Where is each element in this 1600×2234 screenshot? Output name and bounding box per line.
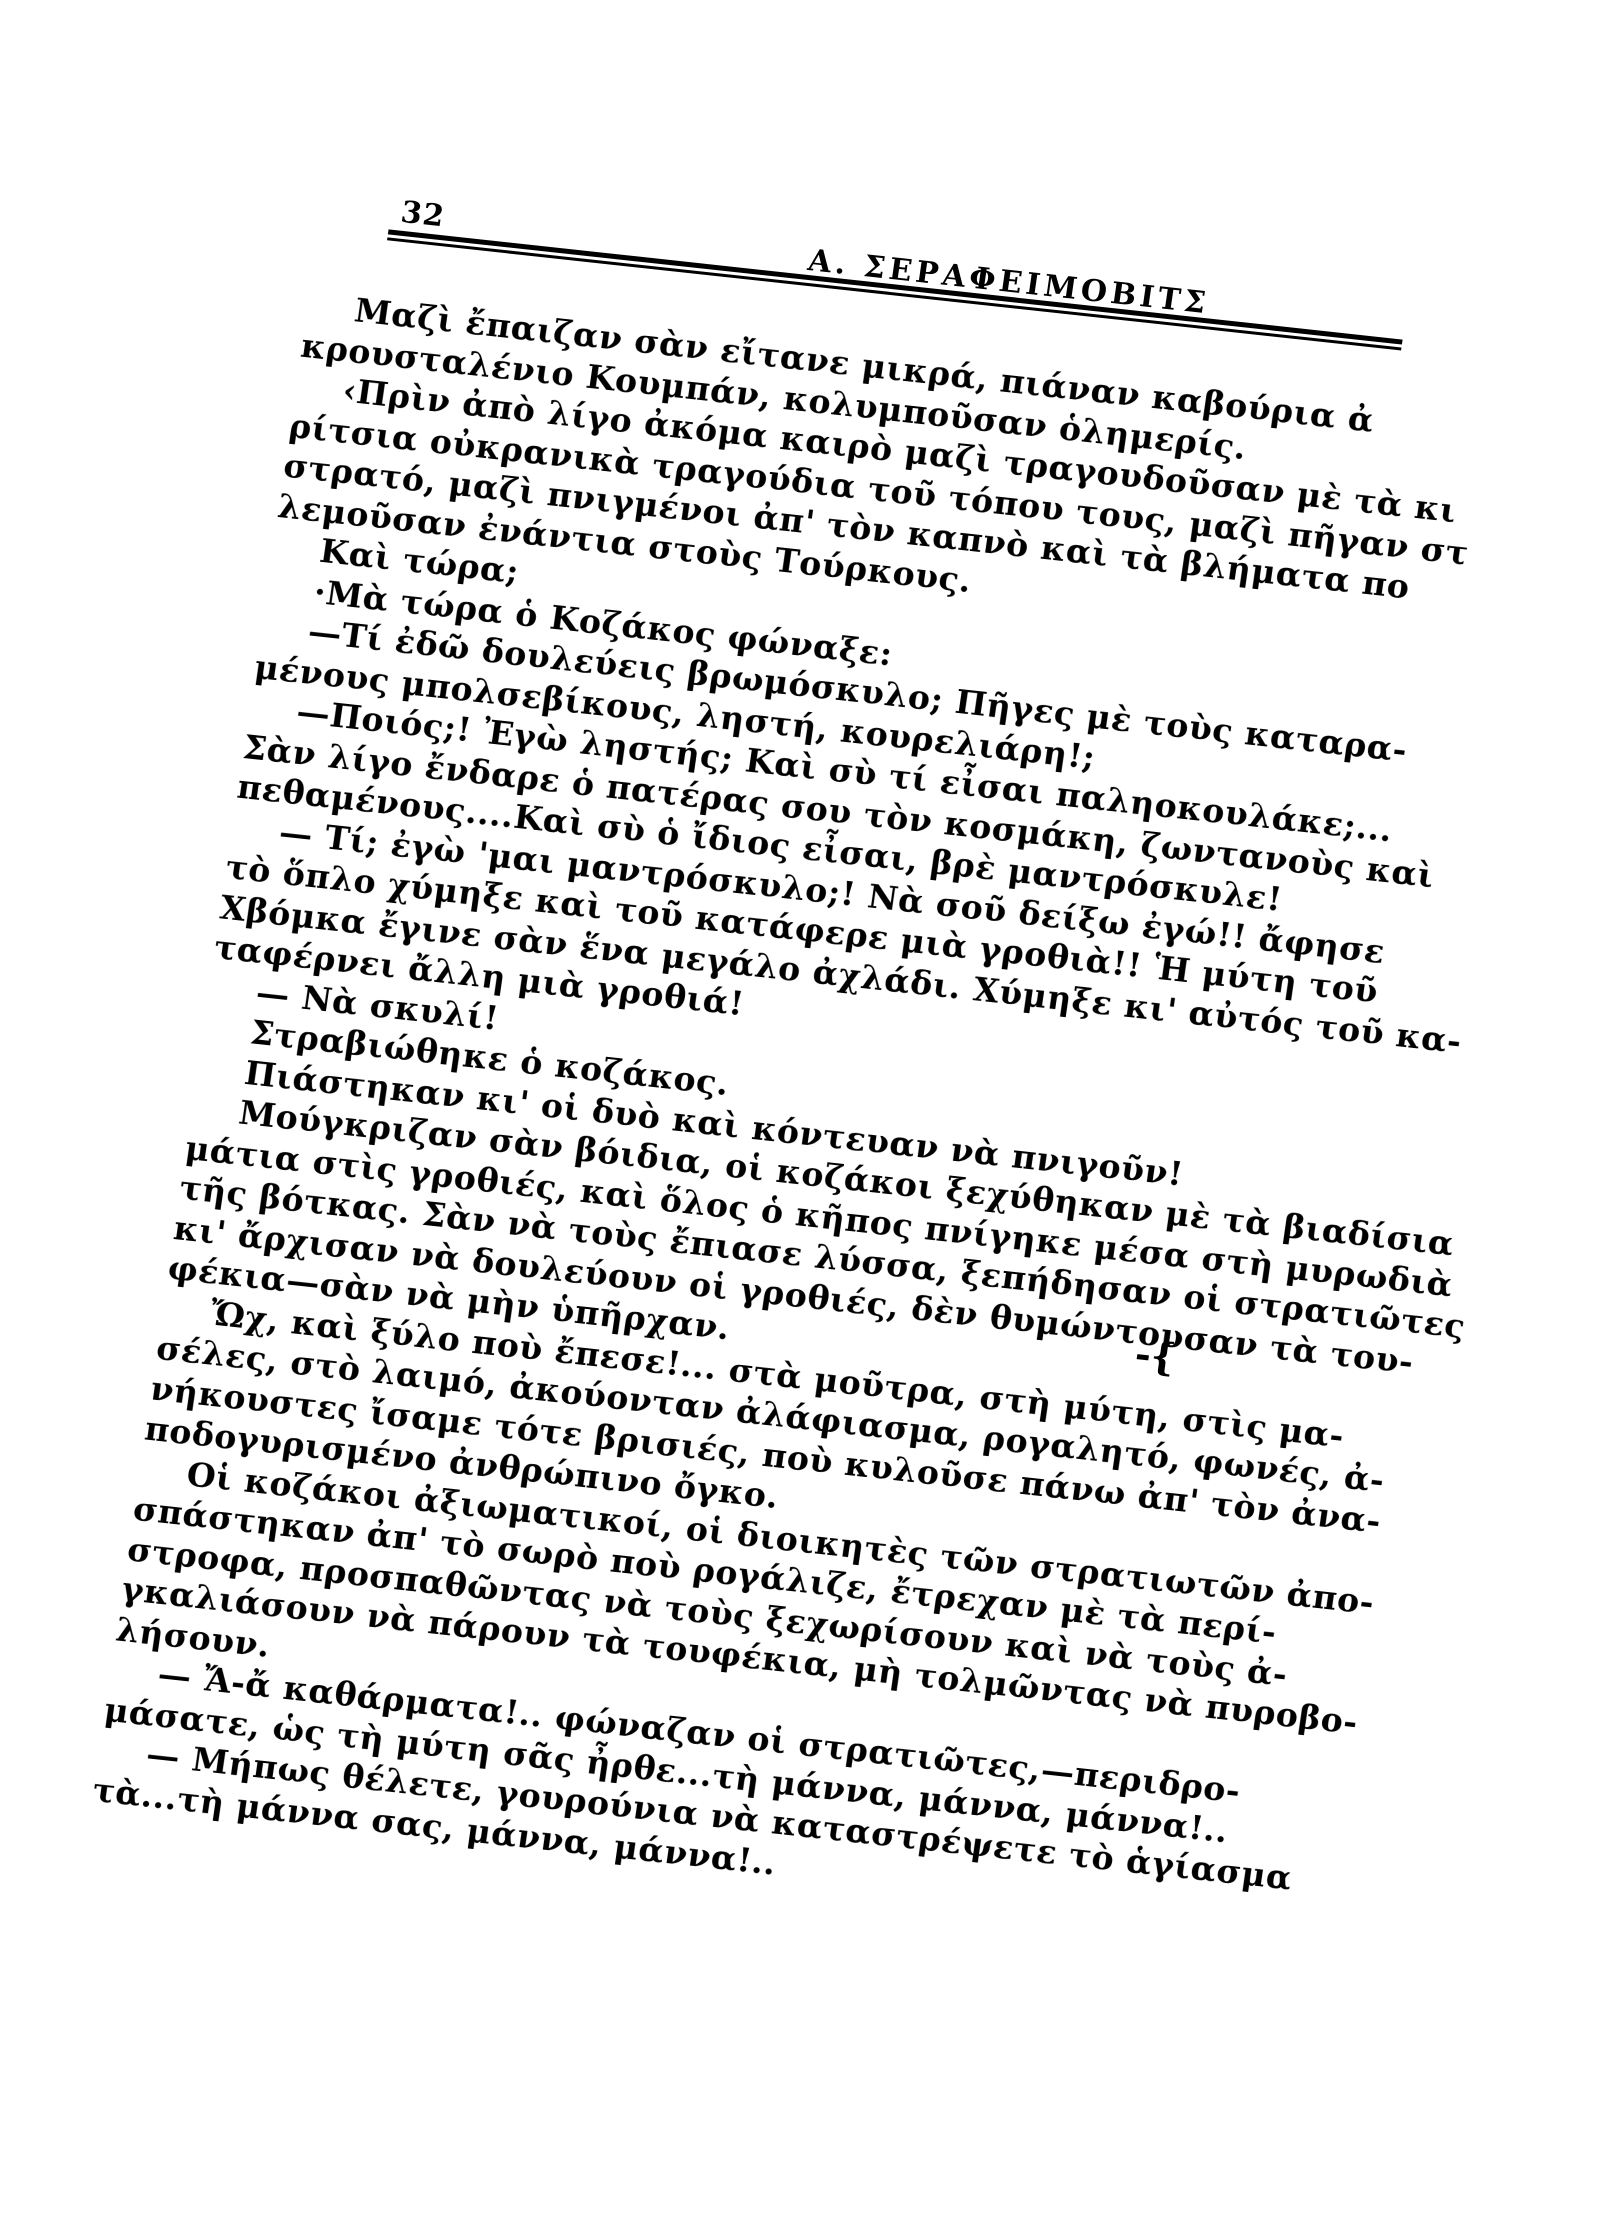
scanned-page: 32 Α. ΣΕΡΑΦΕΙΜΟΒΙΤΣ Μαζὶ ἔπαιζαν σὰν εἴτ…: [0, 170, 1398, 1926]
margin-bracket-mark: -{: [1132, 1331, 1178, 1380]
page-number: 32: [399, 195, 447, 234]
body-text: Μαζὶ ἔπαιζαν σὰν εἴτανε μικρά, πιάναν κα…: [0, 269, 1384, 1926]
